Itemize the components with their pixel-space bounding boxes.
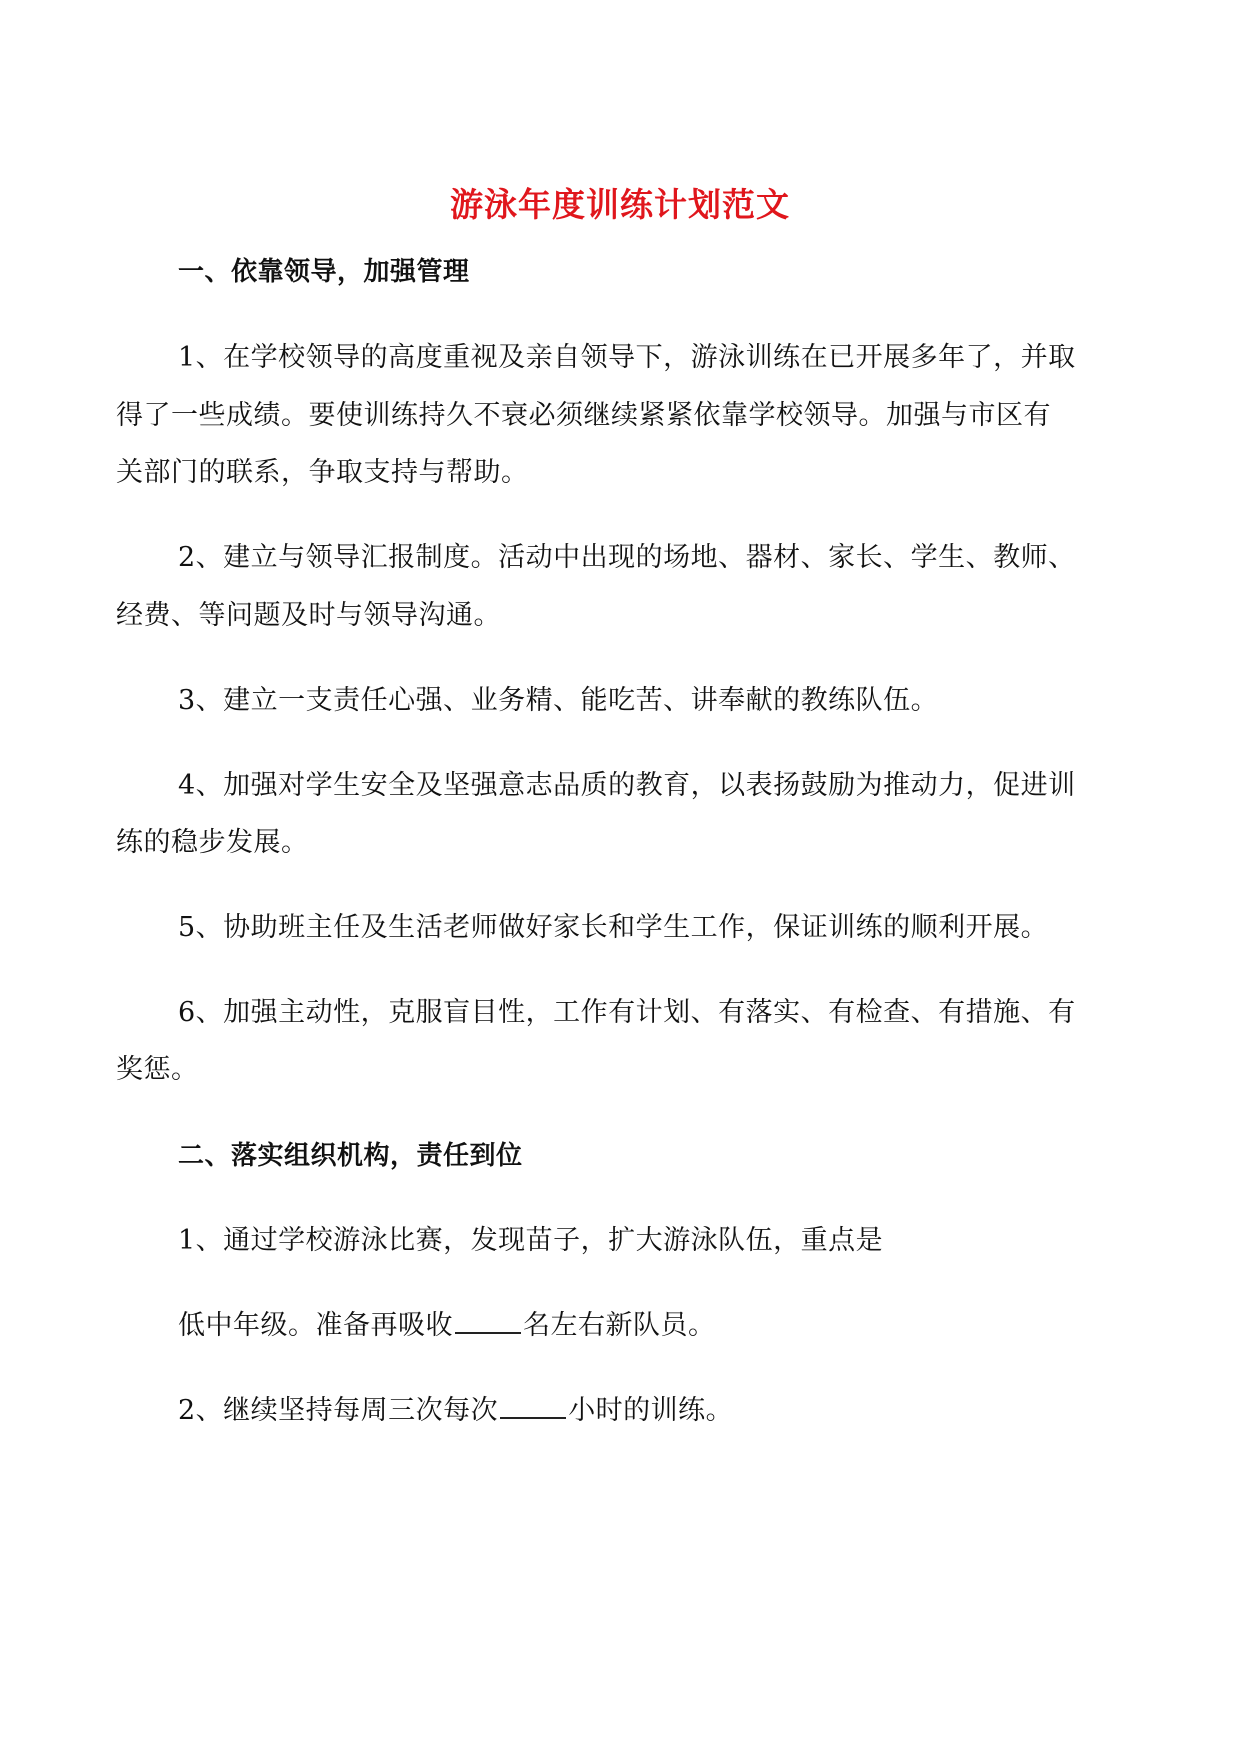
text-before-blank: 2、继续坚持每周三次每次 bbox=[178, 1395, 498, 1426]
paragraph-line-with-blank: 2、继续坚持每周三次每次小时的训练。 bbox=[178, 1391, 733, 1431]
document-page: 游泳年度训练计划范文 一、依靠领导，加强管理 1、在学校领导的高度重视及亲自领导… bbox=[0, 0, 1240, 1753]
paragraph-line: 2、建立与领导汇报制度。活动中出现的场地、器材、家长、学生、教师、 bbox=[178, 538, 1076, 578]
paragraph-line-with-blank: 低中年级。准备再吸收名左右新队员。 bbox=[178, 1306, 716, 1346]
paragraph-line: 关部门的联系，争取支持与帮助。 bbox=[116, 453, 529, 493]
paragraph-line: 得了一些成绩。要使训练持久不衰必须继续紧紧依靠学校领导。加强与市区有 bbox=[116, 396, 1051, 436]
paragraph-line: 1、通过学校游泳比赛，发现苗子，扩大游泳队伍，重点是 bbox=[178, 1221, 883, 1261]
section-heading-2: 二、落实组织机构，责任到位 bbox=[178, 1136, 523, 1176]
document-title: 游泳年度训练计划范文 bbox=[0, 183, 1240, 227]
paragraph-line: 经费、等问题及时与领导沟通。 bbox=[116, 596, 501, 636]
paragraph-line: 练的稳步发展。 bbox=[116, 823, 309, 863]
text-after-blank: 名左右新队员。 bbox=[523, 1310, 716, 1341]
section-heading-1: 一、依靠领导，加强管理 bbox=[178, 252, 470, 292]
text-after-blank: 小时的训练。 bbox=[568, 1395, 733, 1426]
fill-in-blank bbox=[455, 1310, 521, 1334]
text-before-blank: 低中年级。准备再吸收 bbox=[178, 1310, 453, 1341]
paragraph-line: 6、加强主动性，克服盲目性，工作有计划、有落实、有检查、有措施、有 bbox=[178, 993, 1076, 1033]
paragraph-line: 奖惩。 bbox=[116, 1050, 199, 1090]
fill-in-blank bbox=[500, 1395, 566, 1419]
paragraph-line: 4、加强对学生安全及坚强意志品质的教育，以表扬鼓励为推动力，促进训 bbox=[178, 766, 1076, 806]
paragraph-line: 1、在学校领导的高度重视及亲自领导下，游泳训练在已开展多年了，并取 bbox=[178, 338, 1076, 378]
paragraph-line: 3、建立一支责任心强、业务精、能吃苦、讲奉献的教练队伍。 bbox=[178, 681, 938, 721]
paragraph-line: 5、协助班主任及生活老师做好家长和学生工作，保证训练的顺利开展。 bbox=[178, 908, 1048, 948]
